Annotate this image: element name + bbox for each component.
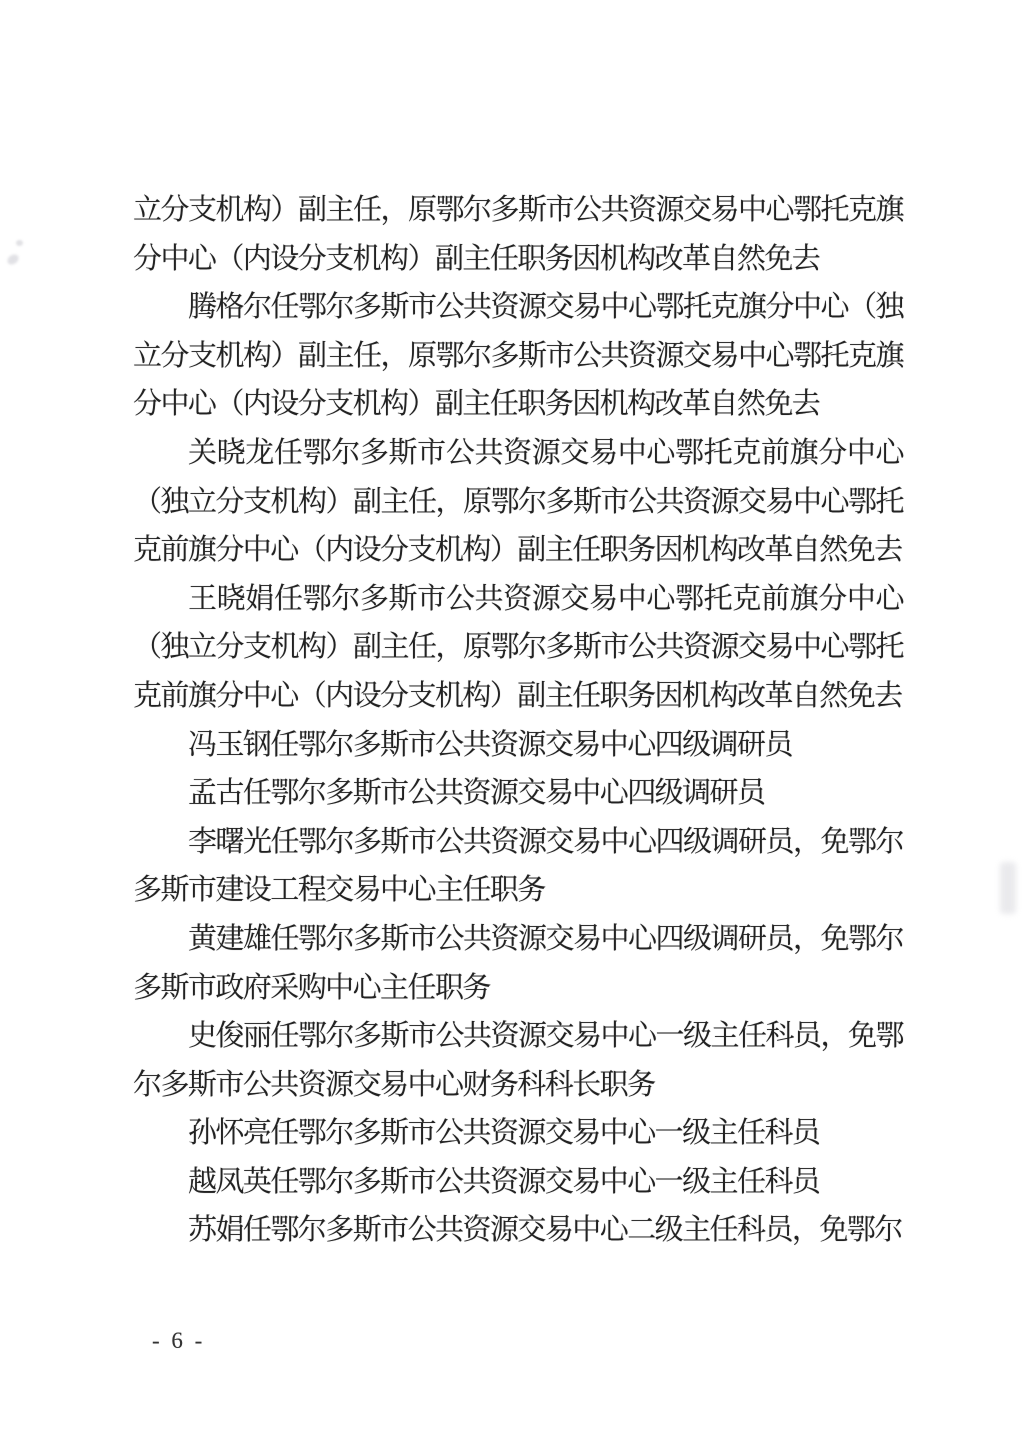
text-line: 关晓龙任鄂尔多斯市公共资源交易中心鄂托克前旗分中心 [133, 429, 903, 478]
text-line: 立分支机构）副主任，原鄂尔多斯市公共资源交易中心鄂托克旗 [133, 332, 903, 381]
text-line: 越凤英任鄂尔多斯市公共资源交易中心一级主任科员 [133, 1158, 903, 1207]
text-line: 多斯市政府采购中心主任职务 [133, 964, 903, 1013]
scanned-page: 立分支机构）副主任，原鄂尔多斯市公共资源交易中心鄂托克旗分中心（内设分支机构）副… [0, 0, 1024, 1445]
text-line: 孙怀亮任鄂尔多斯市公共资源交易中心一级主任科员 [133, 1109, 903, 1158]
text-line: （独立分支机构）副主任，原鄂尔多斯市公共资源交易中心鄂托 [133, 623, 903, 672]
text-line: 分中心（内设分支机构）副主任职务因机构改革自然免去 [133, 380, 903, 429]
paragraph: 腾格尔任鄂尔多斯市公共资源交易中心鄂托克旗分中心（独立分支机构）副主任，原鄂尔多… [133, 283, 903, 429]
scan-smudge-artifact [1000, 862, 1016, 914]
page-number: - 6 - [152, 1328, 205, 1354]
scan-speckle-artifact [16, 240, 23, 246]
paragraph: 越凤英任鄂尔多斯市公共资源交易中心一级主任科员 [133, 1158, 903, 1207]
paragraph: 关晓龙任鄂尔多斯市公共资源交易中心鄂托克前旗分中心（独立分支机构）副主任，原鄂尔… [133, 429, 903, 575]
paragraph: 冯玉钢任鄂尔多斯市公共资源交易中心四级调研员 [133, 721, 903, 770]
scan-speckle-artifact [6, 252, 21, 266]
text-line: 史俊丽任鄂尔多斯市公共资源交易中心一级主任科员，免鄂 [133, 1012, 903, 1061]
document-body: 立分支机构）副主任，原鄂尔多斯市公共资源交易中心鄂托克旗分中心（内设分支机构）副… [133, 186, 903, 1255]
text-line: 克前旗分中心（内设分支机构）副主任职务因机构改革自然免去 [133, 672, 903, 721]
text-line: 立分支机构）副主任，原鄂尔多斯市公共资源交易中心鄂托克旗 [133, 186, 903, 235]
text-line: 黄建雄任鄂尔多斯市公共资源交易中心四级调研员，免鄂尔 [133, 915, 903, 964]
text-line: 李曙光任鄂尔多斯市公共资源交易中心四级调研员，免鄂尔 [133, 818, 903, 867]
paragraph: 黄建雄任鄂尔多斯市公共资源交易中心四级调研员，免鄂尔多斯市政府采购中心主任职务 [133, 915, 903, 1012]
paragraph: 立分支机构）副主任，原鄂尔多斯市公共资源交易中心鄂托克旗分中心（内设分支机构）副… [133, 186, 903, 283]
paragraph: 史俊丽任鄂尔多斯市公共资源交易中心一级主任科员，免鄂尔多斯市公共资源交易中心财务… [133, 1012, 903, 1109]
paragraph: 孙怀亮任鄂尔多斯市公共资源交易中心一级主任科员 [133, 1109, 903, 1158]
text-line: 克前旗分中心（内设分支机构）副主任职务因机构改革自然免去 [133, 526, 903, 575]
text-line: 尔多斯市公共资源交易中心财务科科长职务 [133, 1061, 903, 1110]
text-line: 冯玉钢任鄂尔多斯市公共资源交易中心四级调研员 [133, 721, 903, 770]
text-line: 苏娟任鄂尔多斯市公共资源交易中心二级主任科员，免鄂尔 [133, 1206, 903, 1255]
text-line: 腾格尔任鄂尔多斯市公共资源交易中心鄂托克旗分中心（独 [133, 283, 903, 332]
text-line: 王晓娟任鄂尔多斯市公共资源交易中心鄂托克前旗分中心 [133, 575, 903, 624]
text-line: 分中心（内设分支机构）副主任职务因机构改革自然免去 [133, 235, 903, 284]
paragraph: 王晓娟任鄂尔多斯市公共资源交易中心鄂托克前旗分中心（独立分支机构）副主任，原鄂尔… [133, 575, 903, 721]
paragraph: 李曙光任鄂尔多斯市公共资源交易中心四级调研员，免鄂尔多斯市建设工程交易中心主任职… [133, 818, 903, 915]
text-line: 孟古任鄂尔多斯市公共资源交易中心四级调研员 [133, 769, 903, 818]
text-line: 多斯市建设工程交易中心主任职务 [133, 866, 903, 915]
text-line: （独立分支机构）副主任，原鄂尔多斯市公共资源交易中心鄂托 [133, 478, 903, 527]
paragraph: 苏娟任鄂尔多斯市公共资源交易中心二级主任科员，免鄂尔 [133, 1206, 903, 1255]
paragraph: 孟古任鄂尔多斯市公共资源交易中心四级调研员 [133, 769, 903, 818]
